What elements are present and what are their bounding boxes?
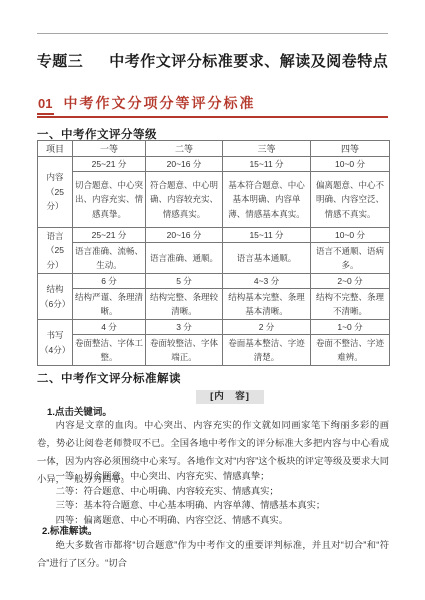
desc-cell: 切合题意、中心突出、内容充实、情感真挚。 [73,172,146,228]
page-title: 专题三中考作文评分标准要求、解读及阅卷特点 [0,50,425,71]
score-cell: 25~21 分 [73,228,146,243]
score-cell: 15~11 分 [223,228,311,243]
score-cell: 4~3 分 [223,274,311,289]
col-header-grade1: 一等 [73,141,146,157]
paragraph-standard-interpretation: 绝大多数省市都将“切合题意”作为中考作文的重要评判标准，并且对“切合”和“符合”… [37,536,389,572]
item-cell: 语言（25分） [38,228,73,274]
col-header-grade3: 三等 [223,141,311,157]
desc-cell: 结构基本完整、条理基本清晰。 [223,289,311,320]
section01-title: 中考作文分项分等评分标准 [63,95,255,111]
desc-cell: 语言不通顺、语病多。 [311,243,390,274]
grade-line-1: 一等：切合题意、中心突出、内容充实、情感真挚； [37,469,389,484]
score-cell: 3 分 [146,320,223,335]
desc-cell: 卷面较整洁、字体端正。 [146,335,223,366]
content-tag-badge: [内 容] [196,390,264,404]
grade-criteria-list: 一等：切合题意、中心突出、内容充实、情感真挚； 二等：符合题意、中心明确、内容较… [37,469,389,527]
col-header-grade4: 四等 [311,141,390,157]
desc-cell: 偏离题意、中心不明确、内容空泛、情感不真实。 [311,172,390,228]
table-row: 内容（25分） 25~21 分 20~16 分 15~11 分 10~0 分 [38,157,390,172]
item-cell: 结构（6分） [38,274,73,320]
point2-heading: 2.标准解读。 [42,523,97,537]
grading-table: 项目 一等 二等 三等 四等 内容（25分） 25~21 分 20~16 分 1… [37,140,390,366]
table-row: 语言（25分） 25~21 分 20~16 分 15~11 分 10~0 分 [38,228,390,243]
col-header-item: 项目 [38,141,73,157]
score-cell: 6 分 [73,274,146,289]
desc-cell: 卷面基本整洁、字迹清楚。 [223,335,311,366]
top-divider [37,33,388,34]
score-cell: 1~0 分 [311,320,390,335]
section01-number: 01 [37,96,54,115]
page: { "header": { "title_prefix": "专题三", "ti… [0,0,425,600]
desc-cell: 语言基本通顺。 [223,243,311,274]
grade-line-2: 二等：符合题意、中心明确、内容较充实、情感真实； [37,484,389,499]
desc-cell: 符合题意、中心明确、内容较充实、情感真实。 [146,172,223,228]
desc-cell: 语言准确、流畅、生动。 [73,243,146,274]
page-title-main: 中考作文评分标准要求、解读及阅卷特点 [109,53,388,70]
score-cell: 2 分 [223,320,311,335]
table-row: 语言准确、流畅、生动。 语言准确、通顺。 语言基本通顺。 语言不通顺、语病多。 [38,243,390,274]
score-cell: 5 分 [146,274,223,289]
score-cell: 10~0 分 [311,157,390,172]
desc-cell: 结构不完整、条理不清晰。 [311,289,390,320]
table-row: 结构严谨、条理清晰。 结构完整、条理较清晰。 结构基本完整、条理基本清晰。 结构… [38,289,390,320]
score-cell: 20~16 分 [146,228,223,243]
table-header-row: 项目 一等 二等 三等 四等 [38,141,390,157]
score-cell: 2~0 分 [311,274,390,289]
table-row: 结构（6分） 6 分 5 分 4~3 分 2~0 分 [38,274,390,289]
grade-line-3: 三等：基本符合题意、中心基本明确、内容单薄、情感基本真实； [37,498,389,513]
desc-cell: 结构严谨、条理清晰。 [73,289,146,320]
desc-cell: 结构完整、条理较清晰。 [146,289,223,320]
score-cell: 4 分 [73,320,146,335]
desc-cell: 基本符合题意、中心基本明确、内容单薄、情感基本真实。 [223,172,311,228]
score-cell: 10~0 分 [311,228,390,243]
table-row: 书写（4分） 4 分 3 分 2 分 1~0 分 [38,320,390,335]
score-cell: 15~11 分 [223,157,311,172]
score-cell: 25~21 分 [73,157,146,172]
desc-cell: 卷面不整洁、字迹难辨。 [311,335,390,366]
section01-heading: 01中考作文分项分等评分标准 [37,93,388,118]
score-cell: 20~16 分 [146,157,223,172]
page-title-prefix: 专题三 [37,53,84,70]
col-header-grade2: 二等 [146,141,223,157]
table-row: 切合题意、中心突出、内容充实、情感真挚。 符合题意、中心明确、内容较充实、情感真… [38,172,390,228]
table-row: 卷面整洁、字体工整。 卷面较整洁、字体端正。 卷面基本整洁、字迹清楚。 卷面不整… [38,335,390,366]
interpretation-heading: 二、中考作文评分标准解读 [37,370,181,386]
desc-cell: 卷面整洁、字体工整。 [73,335,146,366]
desc-cell: 语言准确、通顺。 [146,243,223,274]
item-cell: 书写（4分） [38,320,73,366]
item-cell: 内容（25分） [38,157,73,228]
